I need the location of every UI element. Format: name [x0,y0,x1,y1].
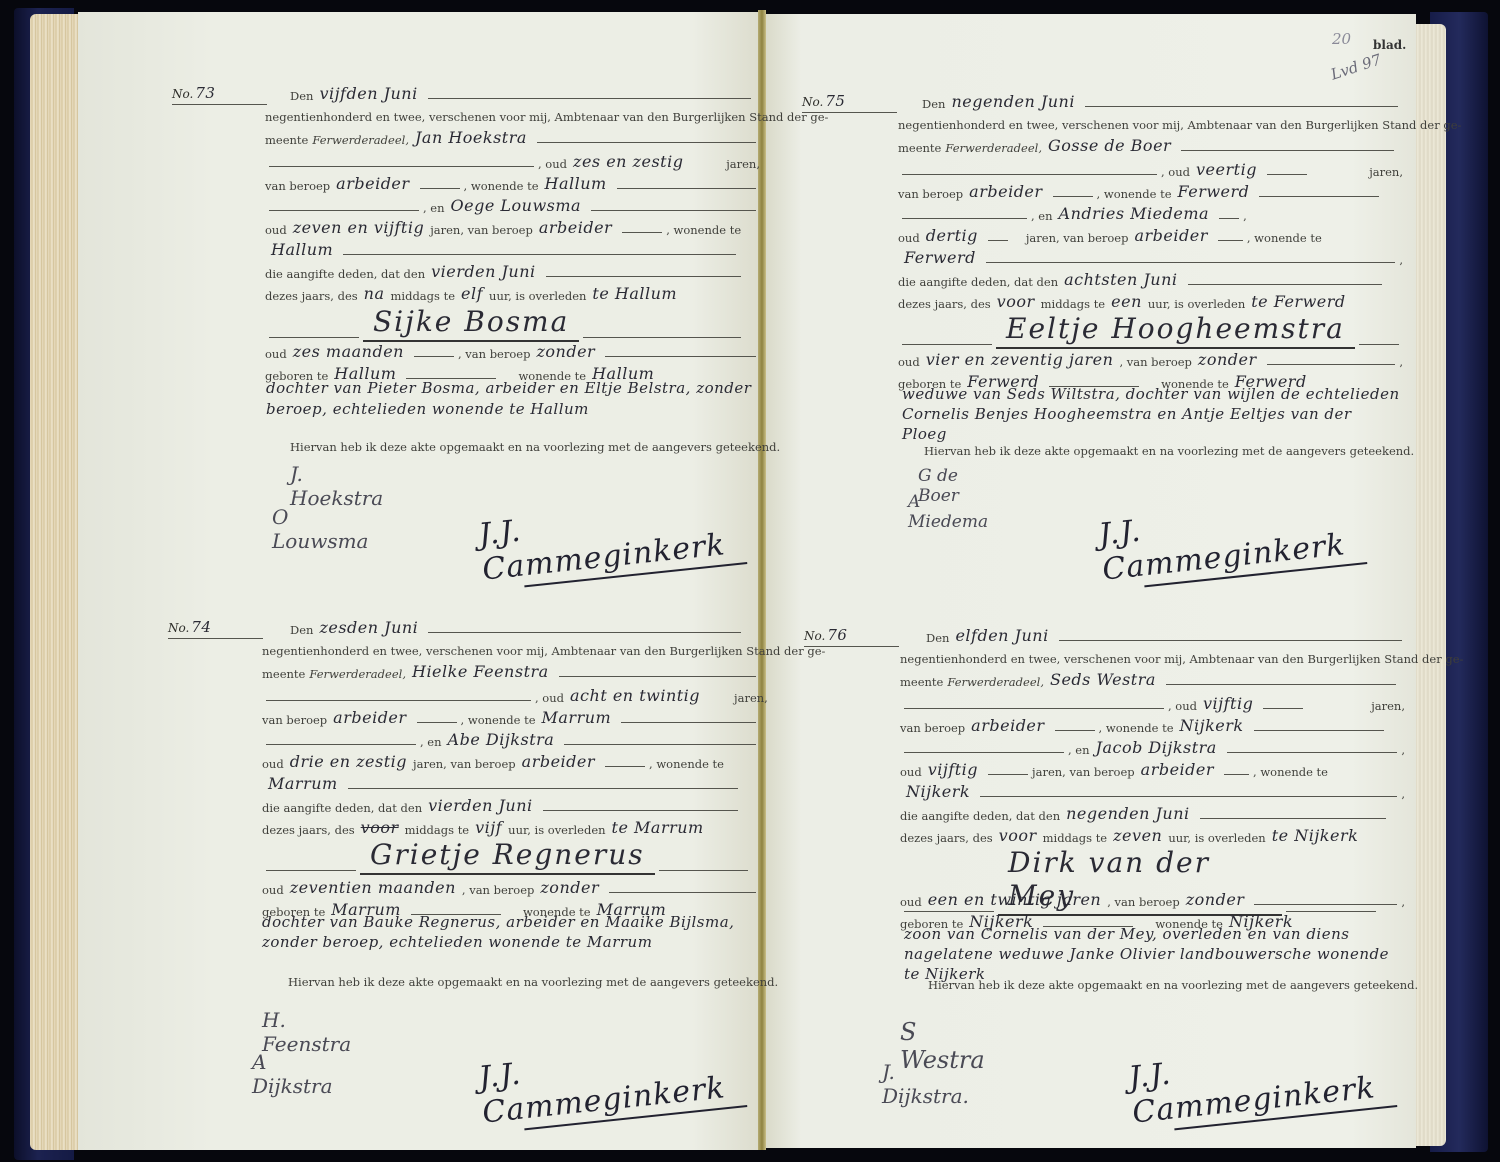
witness2-signature: A Dijkstra [252,1050,333,1098]
time-of-day: voor [993,826,1043,845]
informant2-age: vijftig [922,760,984,779]
registration-date: zesden Juni [313,618,424,637]
informant1-age: vijftig [1197,694,1259,713]
informant1-name: Jan Hoekstra [409,128,533,147]
page-number: 20 [1332,30,1351,48]
witness1-signature: J. Hoekstra [290,462,383,510]
registration-date: vijfden Juni [313,84,423,103]
informant2-occupation: arbeider [1135,760,1220,779]
informant2-name: Jacob Dijkstra [1090,738,1223,757]
informant1-age: zes en zestig [567,152,689,171]
deceased-age: een en twintig jaren [922,890,1108,909]
registration-date: elfden Juni [949,626,1054,645]
closing-statement: Hiervan heb ik deze akte opgemaakt en na… [288,975,778,989]
closing-statement: Hiervan heb ik deze akte opgemaakt en na… [928,978,1418,992]
closing-statement: Hiervan heb ik deze akte opgemaakt en na… [290,440,780,454]
informant2-residence: Nijkerk [900,782,976,801]
deceased-occupation: zonder [534,878,605,897]
page-edges-left [30,14,85,1150]
deceased-name: Sijke Bosma [363,305,579,342]
date-line: Den vijfden Juni [290,84,755,103]
informant1-age: acht en twintig [564,686,706,705]
deceased-occupation: zonder [530,342,601,361]
informant2-residence: Ferwerd [898,248,982,267]
death-place: te Marrum [606,818,710,837]
closing-statement: Hiervan heb ik deze akte opgemaakt en na… [924,444,1414,458]
death-place: te Ferwerd [1245,292,1351,311]
informant2-name: Andries Miedema [1053,204,1216,223]
informant1-occupation: arbeider [965,716,1050,735]
witness2-signature: O Louwsma [272,505,368,553]
informant2-occupation: arbeider [516,752,601,771]
death-date: achtsten Juni [1058,270,1183,289]
deceased-age: zeventien maanden [284,878,462,897]
informant1-occupation: arbeider [327,708,412,727]
time-of-day: voor [991,292,1041,311]
informant2-age: drie en zestig [284,752,413,771]
informant1-name: Hielke Feenstra [406,662,555,681]
record-number: No.76 [804,626,899,647]
parents-text: dochter van Bauke Regnerus, arbeider en … [256,912,760,952]
record-number: No.73 [172,84,267,105]
death-place: te Nijkerk [1266,826,1365,845]
death-hour: een [1105,292,1148,311]
informant1-name: Gosse de Boer [1042,136,1177,155]
deceased-occupation: zonder [1192,350,1263,369]
parents-text: weduwe van Seds Wiltstra, dochter van wi… [896,384,1406,444]
informant1-residence: Ferwerd [1172,182,1256,201]
death-hour: vijf [469,818,508,837]
deceased-age: zes maanden [287,342,410,361]
witness2-signature: A Miedema [908,492,988,532]
deceased-age: vier en zeventig jaren [920,350,1120,369]
informant1-residence: Marrum [536,708,618,727]
informant2-occupation: arbeider [533,218,618,237]
informant2-residence: Marrum [262,774,344,793]
parents-text: dochter van Pieter Bosma, arbeider en El… [260,378,760,420]
informant1-residence: Hallum [539,174,613,193]
informant1-occupation: arbeider [963,182,1048,201]
informant2-residence: Hallum [265,240,339,259]
death-hour: zeven [1107,826,1168,845]
informant1-age: veertig [1190,160,1263,179]
informant1-name: Seds Westra [1044,670,1162,689]
death-date: vierden Juni [422,796,539,815]
informant2-age: dertig [920,226,984,245]
deceased-occupation: zonder [1180,890,1251,909]
informant2-name: Oege Louwsma [445,196,588,215]
death-place: te Hallum [586,284,683,303]
record-number: No.75 [802,92,897,113]
informant2-name: Abe Dijkstra [442,730,561,749]
informant2-occupation: arbeider [1128,226,1213,245]
informant2-age: zeven en vijftig [287,218,430,237]
deceased-name: Eeltje Hoogheemstra [996,312,1355,349]
death-hour: elf [455,284,489,303]
deceased-name: Grietje Regnerus [360,838,655,875]
informant1-occupation: arbeider [330,174,415,193]
witness2-signature: J. Dijkstra. [882,1060,969,1108]
parents-text: zoon van Cornelis van der Mey, overleden… [898,924,1408,984]
death-date: vierden Juni [425,262,542,281]
time-of-day: voor [355,818,405,837]
record-number: No.74 [168,618,263,639]
witness1-signature: H. Feenstra [262,1008,351,1056]
death-date: negenden Juni [1060,804,1196,823]
informant1-residence: Nijkerk [1174,716,1250,735]
time-of-day: na [358,284,391,303]
registration-date: negenden Juni [945,92,1081,111]
